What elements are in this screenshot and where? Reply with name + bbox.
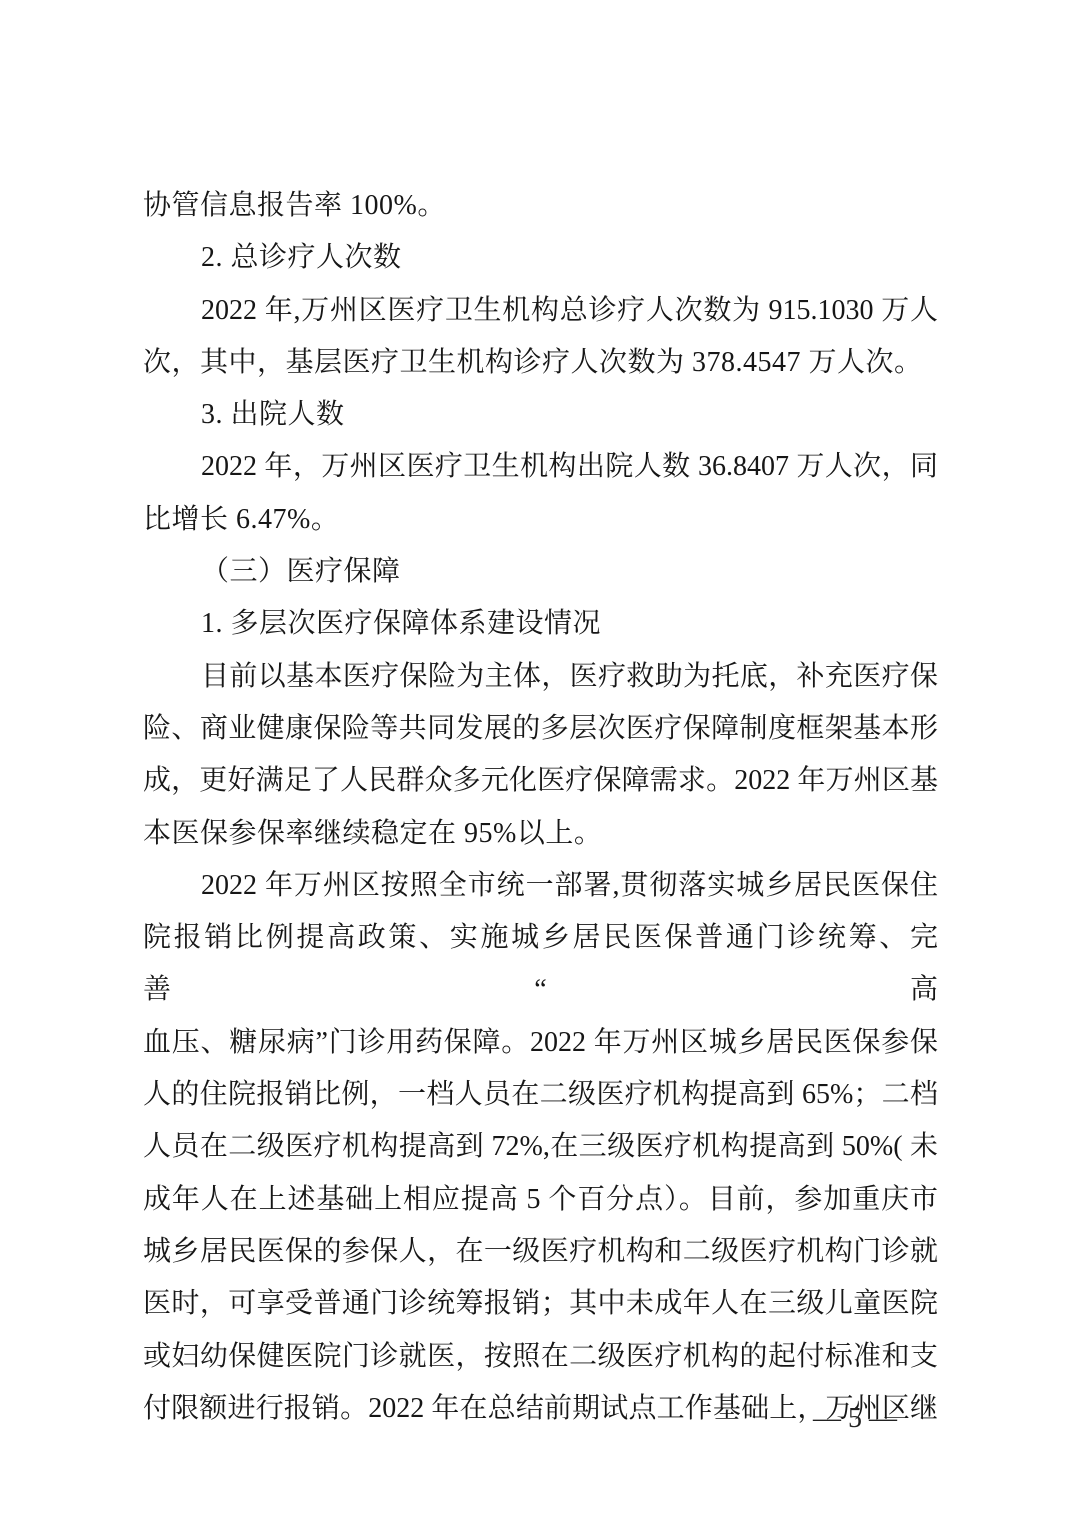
- body-line: 比增长 6.47%。: [143, 494, 938, 546]
- body-line: 血压、糖尿病”门诊用药保障。2022 年万州区城乡居民医保参保: [143, 1017, 938, 1069]
- body-line: 人员在二级医疗机构提高到 72%,在三级医疗机构提高到 50%( 未: [143, 1121, 938, 1173]
- numbered-heading: 2. 总诊疗人次数: [143, 232, 938, 284]
- body-line: 协管信息报告率 100%。: [143, 180, 938, 232]
- page-number: — 5 —: [813, 1399, 897, 1439]
- numbered-heading: 3. 出院人数: [143, 389, 938, 441]
- document-page: 协管信息报告率 100%。 2. 总诊疗人次数 2022 年,万州区医疗卫生机构…: [0, 0, 1074, 1520]
- body-line: 成年人在上述基础上相应提高 5 个百分点）。目前，参加重庆市: [143, 1174, 938, 1226]
- body-line: 院报销比例提高政策、实施城乡居民医保普通门诊统筹、完善“高: [143, 912, 938, 1017]
- body-line: 2022 年万州区按照全市统一部署,贯彻落实城乡居民医保住: [143, 860, 938, 912]
- body-line: 2022 年,万州区医疗卫生机构总诊疗人次数为 915.1030 万人: [143, 285, 938, 337]
- body-line: 人的住院报销比例，一档人员在二级医疗机构提高到 65%；二档: [143, 1069, 938, 1121]
- body-line: 或妇幼保健医院门诊就医，按照在二级医疗机构的起付标准和支: [143, 1331, 938, 1383]
- body-line: 本医保参保率继续稳定在 95%以上。: [143, 808, 938, 860]
- numbered-heading: 1. 多层次医疗保障体系建设情况: [143, 598, 938, 650]
- body-line: 城乡居民医保的参保人，在一级医疗机构和二级医疗机构门诊就: [143, 1226, 938, 1278]
- body-line: 目前以基本医疗保险为主体，医疗救助为托底，补充医疗保: [143, 651, 938, 703]
- body-line: 成，更好满足了人民群众多元化医疗保障需求。2022 年万州区基: [143, 755, 938, 807]
- body-line: 医时，可享受普通门诊统筹报销；其中未成年人在三级儿童医院: [143, 1278, 938, 1330]
- body-line: 次，其中，基层医疗卫生机构诊疗人次数为 378.4547 万人次。: [143, 337, 938, 389]
- subsection-heading: （三）医疗保障: [143, 546, 938, 598]
- body-line: 2022 年，万州区医疗卫生机构出院人数 36.8407 万人次，同: [143, 441, 938, 493]
- page-content: 协管信息报告率 100%。 2. 总诊疗人次数 2022 年,万州区医疗卫生机构…: [143, 180, 938, 1435]
- body-line: 险、商业健康保险等共同发展的多层次医疗保障制度框架基本形: [143, 703, 938, 755]
